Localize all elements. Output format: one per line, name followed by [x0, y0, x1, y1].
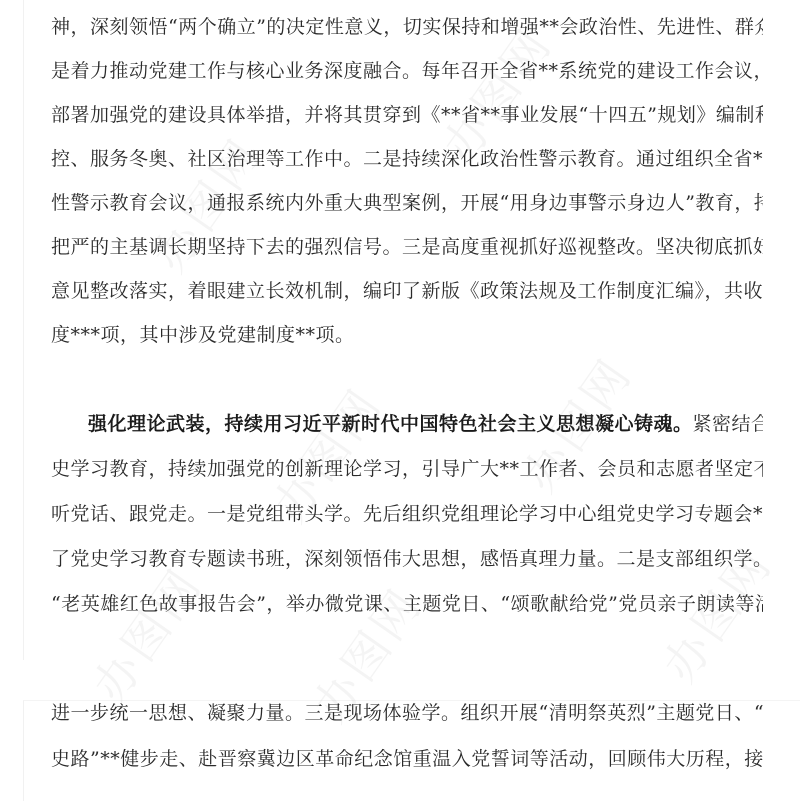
page-bottom-line-1: 进一步统一思想、凝聚力量。三是现场体验学。组织开展“清明祭英烈”主题党日、“重温…: [51, 698, 763, 728]
paragraph-1-line-6: 把严的主基调长期坚持下去的强烈信号。三是高度重视抓好巡视整改。坚决彻底抓好巡视反…: [51, 232, 763, 262]
paragraph-1-line-2: 是着力推动党建工作与核心业务深度融合。每年召开全省**系统党的建设工作会议，深入…: [51, 56, 763, 86]
paragraph-2-line-3: 听党话、跟党走。一是党组带头学。先后组织党组理论学习中心组党史学习专题会**次，…: [51, 499, 763, 529]
paragraph-1-line-5: 性警示教育会议，通报系统内外重大典型案例，开展“用身边事警示身边人”教育，持续释…: [51, 188, 763, 218]
paragraph-1-line-8: 度***项，其中涉及党建制度**项。: [51, 320, 763, 350]
paragraph-1-line-3: 部署加强党的建设具体举措，并将其贯穿到《**省**事业发展“十四五”规划》编制和…: [51, 100, 763, 130]
paragraph-2-line-2: 史学习教育，持续加强党的创新理论学习，引导广大**工作者、会员和志愿者坚定不移感…: [51, 454, 763, 484]
document-page-top: 神，深刻领悟“两个确立”的决定性意义，切实保持和增强**会政治性、先进性、群众性…: [23, 0, 800, 660]
paragraph-2-heading-line: 强化理论武装，持续用习近平新时代中国特色社会主义思想凝心铸魂。紧密结合开展党: [88, 409, 763, 439]
paragraph-1-line-7: 意见整改落实，着眼建立长效机制，编印了新版《政策法规及工作制度汇编》，共收录各类…: [51, 276, 763, 306]
paragraph-2-line-4: 了党史学习教育专题读书班，深刻领悟伟大思想，感悟真理力量。二是支部组织学。组织观…: [51, 544, 763, 574]
paragraph-2-bold-heading: 强化理论武装，持续用习近平新时代中国特色社会主义思想凝心铸魂。: [88, 413, 693, 435]
paragraph-1-line-4: 控、服务冬奥、社区治理等工作中。二是持续深化政治性警示教育。通过组织全省**系统…: [51, 144, 763, 174]
page-bottom-line-2: 史路”**健步走、赴晋察冀边区革命纪念馆重温入党誓词等活动，回顾伟大历程，接受精…: [51, 744, 763, 774]
paragraph-1-line-1: 神，深刻领悟“两个确立”的决定性意义，切实保持和增强**会政治性、先进性、群众性…: [51, 12, 763, 42]
document-page-bottom: 进一步统一思想、凝聚力量。三是现场体验学。组织开展“清明祭英烈”主题党日、“重温…: [23, 700, 800, 800]
paragraph-2-line-5: “老英雄红色故事报告会”，举办微党课、主题党日、“颂歌献给党”党员亲子朗读等活动…: [51, 589, 763, 619]
paragraph-2-heading-rest: 紧密结合开展党: [693, 413, 763, 435]
